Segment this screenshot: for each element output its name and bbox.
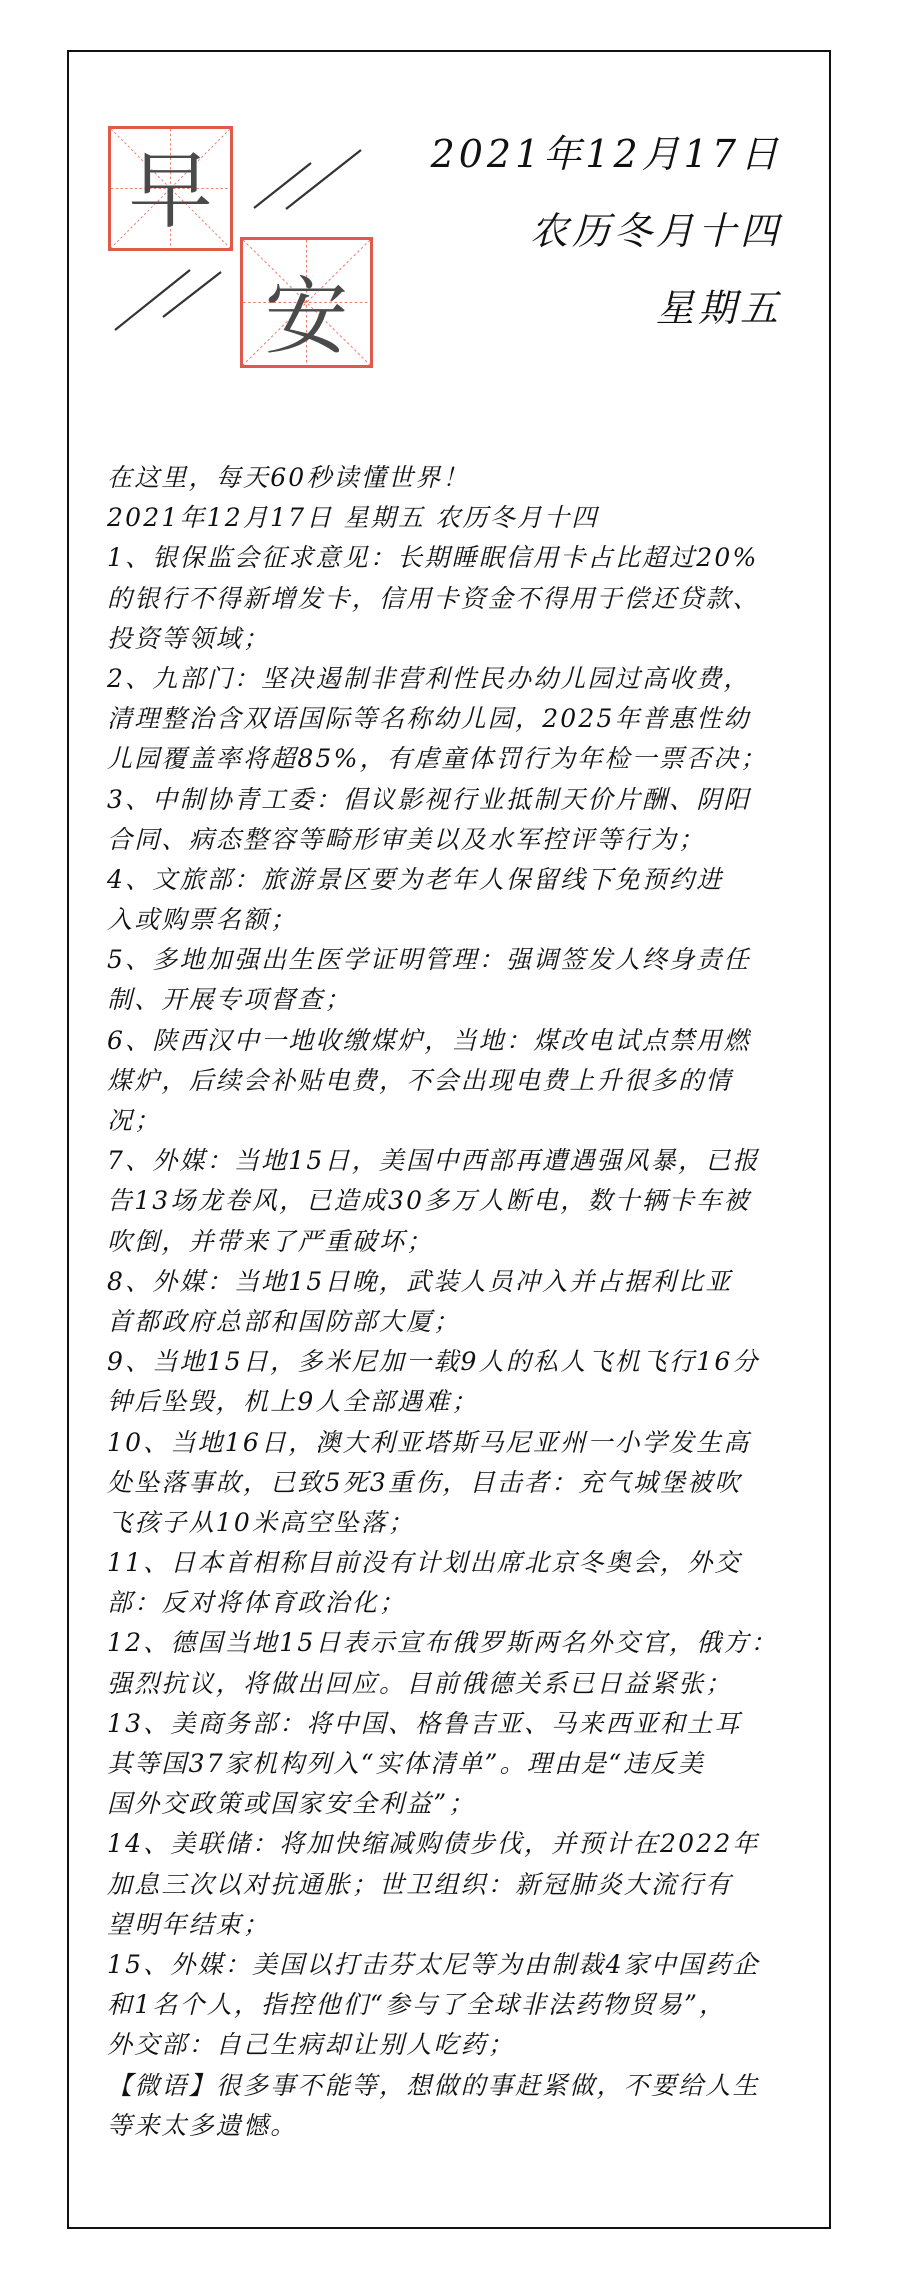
news-item-6-line: 6、陕西汉中一地收缴煤炉，当地：煤改电试点禁用燃 [107,1021,807,1061]
lunar-date: 农历冬月十四 [431,212,782,250]
news-item-11-line: 11、日本首相称目前没有计划出席北京冬奥会，外交 [107,1543,807,1583]
news-item-6-line: 况； [107,1101,807,1141]
news-item-5-line: 5、多地加强出生医学证明管理：强调签发人终身责任 [107,940,807,980]
news-item-8-line: 8、外媒：当地15日晚，武装人员冲入并占据利比亚 [107,1262,807,1302]
news-item-10-line: 处坠落事故，已致5死3重伤，目击者：充气城堡被吹 [107,1463,807,1503]
news-item-2-line: 清理整治含双语国际等名称幼儿园，2025年普惠性幼 [107,699,807,739]
news-item-1-line: 的银行不得新增发卡，信用卡资金不得用于偿还贷款、 [107,579,807,619]
title-char-box-zao: 早 [108,126,233,251]
intro-line: 在这里，每天60秒读懂世界！ [107,458,807,498]
quote-line: 等来太多遗憾。 [107,2106,807,2146]
date-heading: 2021年12月17日 农历冬月十四 星期五 [431,135,782,366]
news-item-3-line: 合同、病态整容等畸形审美以及水军控评等行为； [107,820,807,860]
news-item-14-line: 14、美联储：将加快缩减购债步伐，并预计在2022年 [107,1824,807,1864]
news-item-7-line: 7、外媒：当地15日，美国中西部再遭遇强风暴，已报 [107,1141,807,1181]
date-line: 2021年12月17日 星期五 农历冬月十四 [107,498,807,538]
news-item-15-line: 15、外媒：美国以打击芬太尼等为由制裁4家中国药企 [107,1945,807,1985]
news-item-3-line: 3、中制协青工委：倡议影视行业抵制天价片酬、阴阳 [107,780,807,820]
news-item-11-line: 部：反对将体育政治化； [107,1583,807,1623]
news-item-2-line: 2、九部门：坚决遏制非营利性民办幼儿园过高收费， [107,659,807,699]
news-item-13-line: 其等国37家机构列入“实体清单”。理由是“违反美 [107,1744,807,1784]
news-body: 在这里，每天60秒读懂世界！ 2021年12月17日 星期五 农历冬月十四 1、… [107,458,807,2146]
news-item-4-line: 4、文旅部：旅游景区要为老年人保留线下免预约进 [107,860,807,900]
news-item-12-line: 强烈抗议，将做出回应。目前俄德关系已日益紧张； [107,1664,807,1704]
weekday: 星期五 [431,289,782,327]
news-item-14-line: 望明年结束； [107,1905,807,1945]
title-char-an: 安 [243,240,370,379]
news-item-1-line: 投资等领域； [107,619,807,659]
news-item-9-line: 钟后坠毁，机上9人全部遇难； [107,1382,807,1422]
news-item-14-line: 加息三次以对抗通胀；世卫组织：新冠肺炎大流行有 [107,1865,807,1905]
news-item-5-line: 制、开展专项督查； [107,980,807,1020]
title-char-zao: 早 [111,129,230,250]
news-item-9-line: 9、当地15日，多米尼加一载9人的私人飞机飞行16分 [107,1342,807,1382]
news-item-13-line: 13、美商务部：将中国、格鲁吉亚、马来西亚和土耳 [107,1704,807,1744]
title-char-box-an: 安 [240,237,373,368]
news-item-12-line: 12、德国当地15日表示宣布俄罗斯两名外交官，俄方： [107,1623,807,1663]
news-item-6-line: 煤炉，后续会补贴电费，不会出现电费上升很多的情 [107,1061,807,1101]
quote-line: 【微语】很多事不能等，想做的事赶紧做，不要给人生 [107,2066,807,2106]
news-item-7-line: 告13场龙卷风，已造成30多万人断电，数十辆卡车被 [107,1181,807,1221]
news-item-2-line: 儿园覆盖率将超85%，有虐童体罚行为年检一票否决； [107,739,807,779]
news-item-10-line: 10、当地16日，澳大利亚塔斯马尼亚州一小学发生高 [107,1423,807,1463]
news-item-10-line: 飞孩子从10米高空坠落； [107,1503,807,1543]
news-item-4-line: 入或购票名额； [107,900,807,940]
news-item-1-line: 1、银保监会征求意见：长期睡眠信用卡占比超过20% [107,538,807,578]
news-item-13-line: 国外交政策或国家安全利益”； [107,1784,807,1824]
news-item-15-line: 外交部：自己生病却让别人吃药； [107,2025,807,2065]
news-item-8-line: 首都政府总部和国防部大厦； [107,1302,807,1342]
news-item-15-line: 和1名个人，指控他们“参与了全球非法药物贸易”， [107,1985,807,2025]
gregorian-date: 2021年12月17日 [431,135,782,173]
news-item-7-line: 吹倒，并带来了严重破坏； [107,1222,807,1262]
